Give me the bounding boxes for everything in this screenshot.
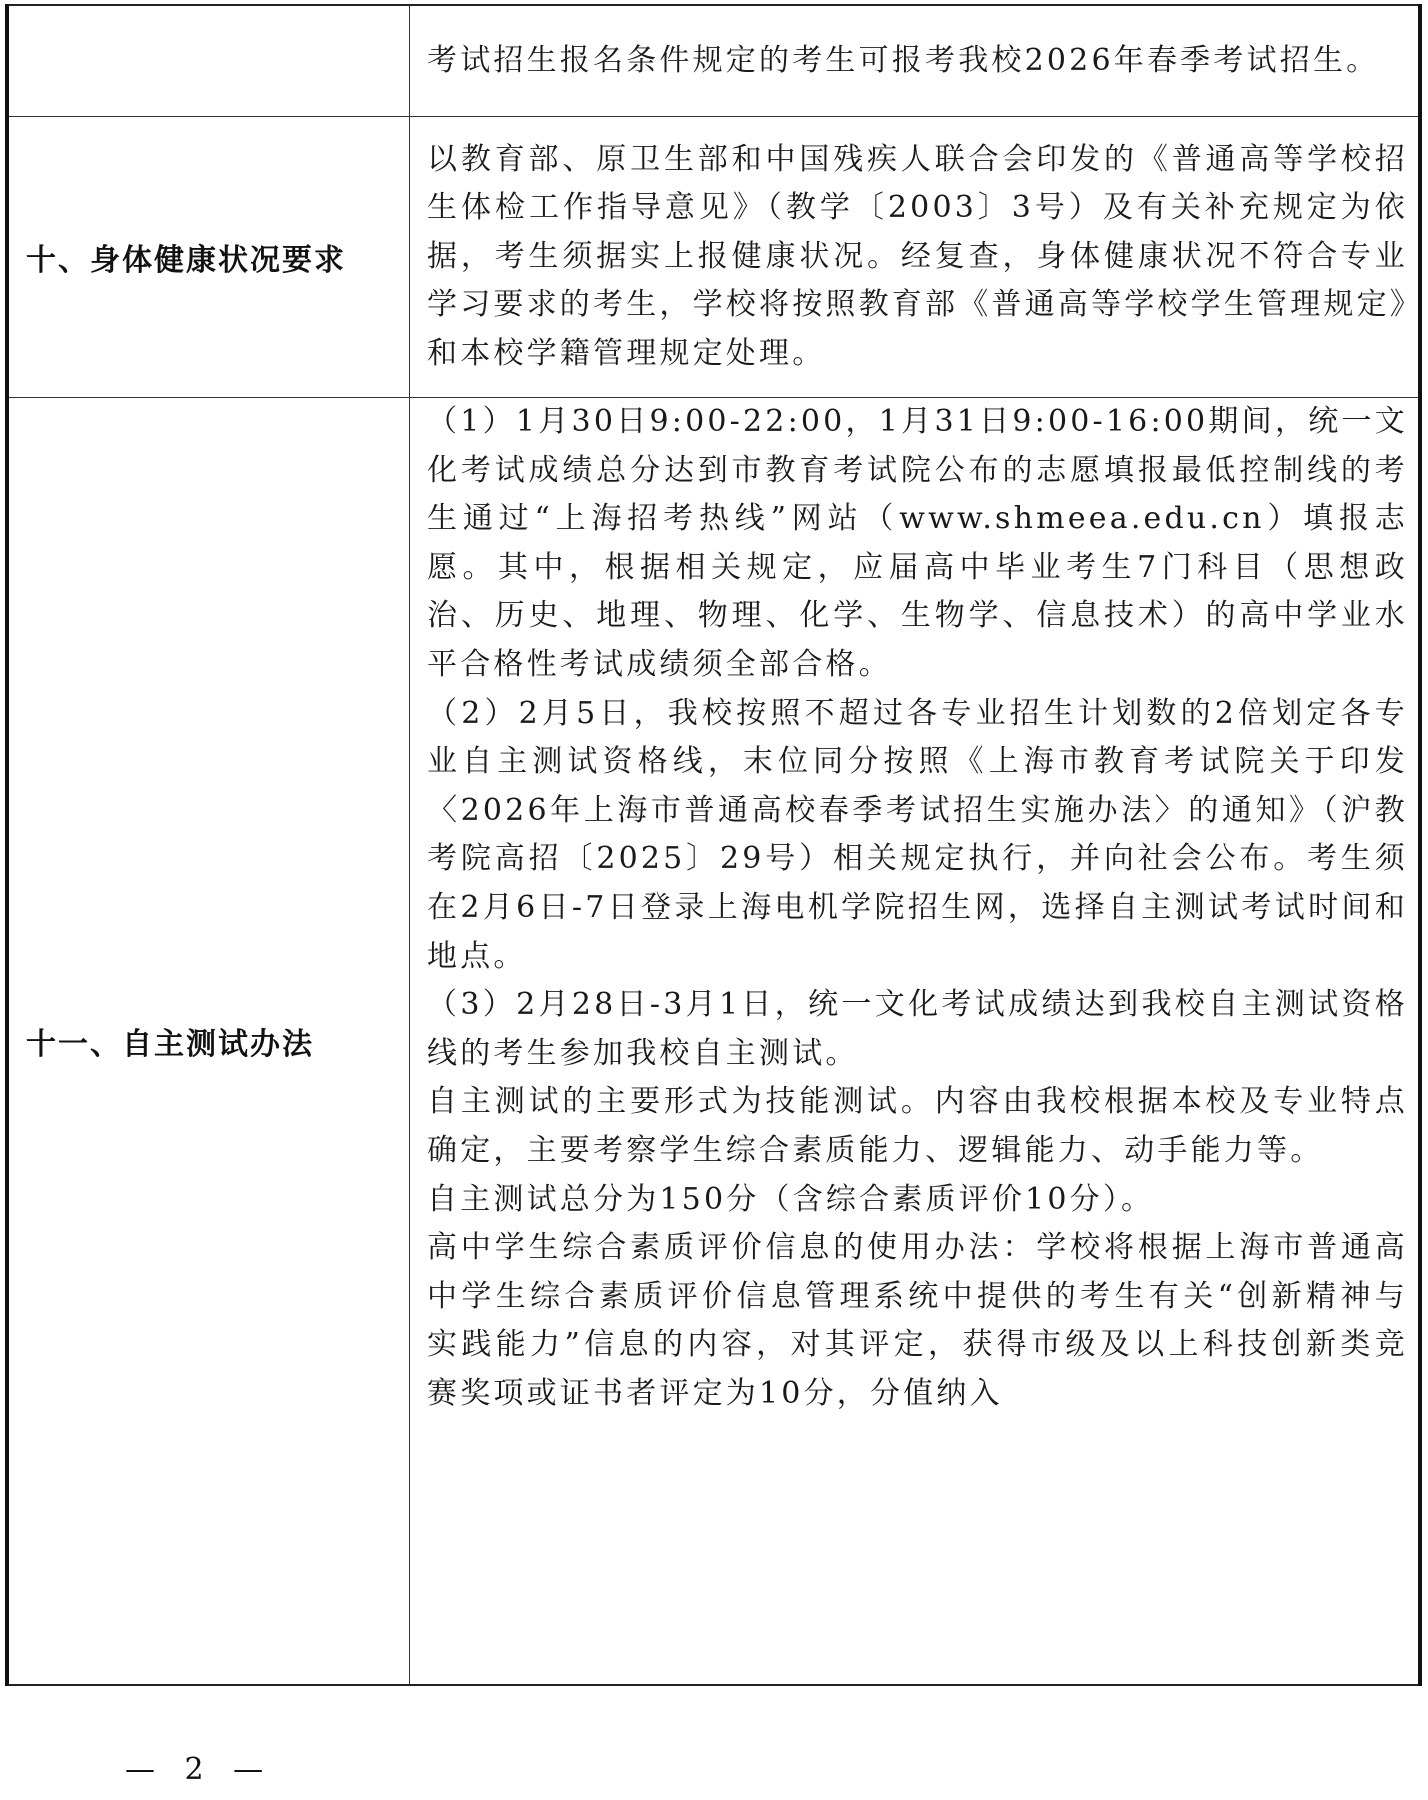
admissions-table: 考试招生报名条件规定的考生可报考我校2026年春季考试招生。 十、身体健康状况要… [5, 4, 1422, 1686]
row-content-cell: 以教育部、原卫生部和中国残疾人联合会印发的《普通高等学校招生体检工作指导意见》（… [410, 117, 1421, 398]
row-label-cell: 十一、自主测试办法 [7, 398, 410, 1686]
paragraph-test-form: 自主测试的主要形式为技能测试。内容由我校根据本校及专业特点确定，主要考察学生综合… [427, 1078, 1408, 1175]
paragraph-step-2: （2）2月5日，我校按照不超过各专业招生计划数的2倍划定各专业自主测试资格线，末… [427, 690, 1408, 982]
page-number: — 2 — [125, 1752, 273, 1787]
row-label-cell: 十、身体健康状况要求 [7, 117, 410, 398]
paragraph-step-1: （1）1月30日9:00-22:00，1月31日9:00-16:00期间，统一文… [427, 398, 1408, 690]
paragraph: 以教育部、原卫生部和中国残疾人联合会印发的《普通高等学校招生体检工作指导意见》（… [427, 136, 1408, 379]
row-label-cell [7, 5, 410, 117]
table-row-self-test-method: 十一、自主测试办法 （1）1月30日9:00-22:00，1月31日9:00-1… [7, 398, 1420, 1686]
row-label: 十、身体健康状况要求 [9, 235, 409, 279]
paragraph: 考试招生报名条件规定的考生可报考我校2026年春季考试招生。 [427, 37, 1408, 86]
paragraph-evaluation-usage: 高中学生综合素质评价信息的使用办法：学校将根据上海市普通高中学生综合素质评价信息… [427, 1224, 1408, 1418]
row-label: 十一、自主测试办法 [9, 1019, 409, 1063]
row-content-cell: 考试招生报名条件规定的考生可报考我校2026年春季考试招生。 [410, 5, 1421, 117]
table-row-eligibility-continued: 考试招生报名条件规定的考生可报考我校2026年春季考试招生。 [7, 5, 1420, 117]
paragraph-step-3: （3）2月28日-3月1日，统一文化考试成绩达到我校自主测试资格线的考生参加我校… [427, 981, 1408, 1078]
table-row-health-requirements: 十、身体健康状况要求 以教育部、原卫生部和中国残疾人联合会印发的《普通高等学校招… [7, 117, 1420, 398]
paragraph-total-score: 自主测试总分为150分（含综合素质评价10分）。 [427, 1176, 1408, 1225]
row-content-cell: （1）1月30日9:00-22:00，1月31日9:00-16:00期间，统一文… [410, 398, 1421, 1686]
